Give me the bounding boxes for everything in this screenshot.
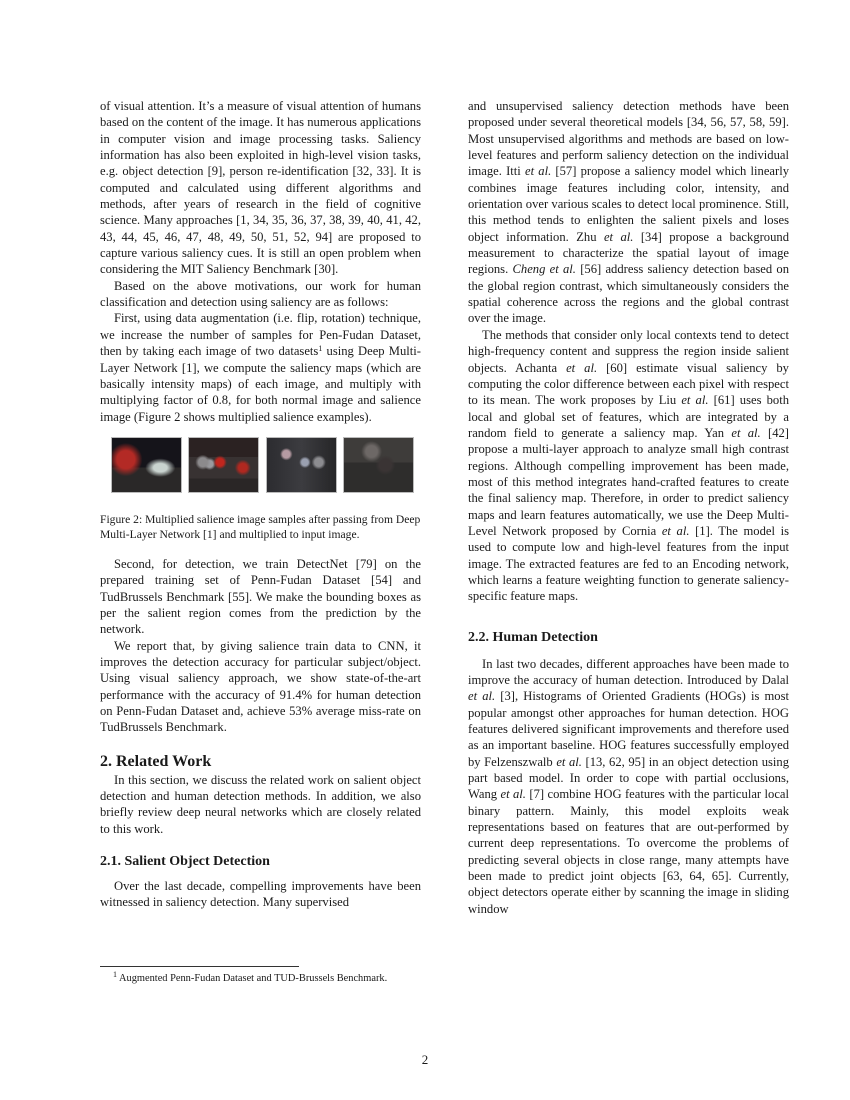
paragraph-saliency-methods: and unsupervised saliency detection meth…	[468, 98, 789, 327]
subsection-heading-salient-object-detection: 2.1. Salient Object Detection	[100, 853, 421, 871]
right-column: and unsupervised saliency detection meth…	[468, 98, 789, 917]
subsection-heading-human-detection: 2.2. Human Detection	[468, 629, 789, 647]
paragraph-human-detection: In last two decades, different approache…	[468, 656, 789, 918]
paragraph-related-work: In this section, we discuss the related …	[100, 772, 421, 837]
salience-sample-image-3	[266, 437, 337, 493]
paragraph-local-contexts: The methods that consider only local con…	[468, 327, 789, 605]
paragraph-second-contribution: Second, for detection, we train DetectNe…	[100, 556, 421, 638]
paragraph-motivation: Based on the above motivations, our work…	[100, 278, 421, 311]
left-column: of visual attention. It’s a measure of v…	[100, 98, 421, 911]
page-number: 2	[0, 1052, 850, 1068]
paragraph-salient-object-detection: Over the last decade, compelling improve…	[100, 878, 421, 911]
figure-2-caption: Figure 2: Multiplied salience image samp…	[100, 512, 421, 542]
figure-2-images	[100, 437, 421, 493]
paragraph-results: We report that, by giving salience train…	[100, 638, 421, 736]
salience-sample-image-2	[188, 437, 259, 493]
footnote-divider	[100, 966, 299, 967]
footnote: 1 Augmented Penn-Fudan Dataset and TUD-B…	[113, 972, 387, 985]
salience-sample-image-4	[343, 437, 414, 493]
paragraph-first-contribution: First, using data augmentation (i.e. fli…	[100, 310, 421, 424]
paragraph-intro: of visual attention. It’s a measure of v…	[100, 98, 421, 278]
salience-sample-image-1	[111, 437, 182, 493]
section-heading-related-work: 2. Related Work	[100, 752, 421, 772]
